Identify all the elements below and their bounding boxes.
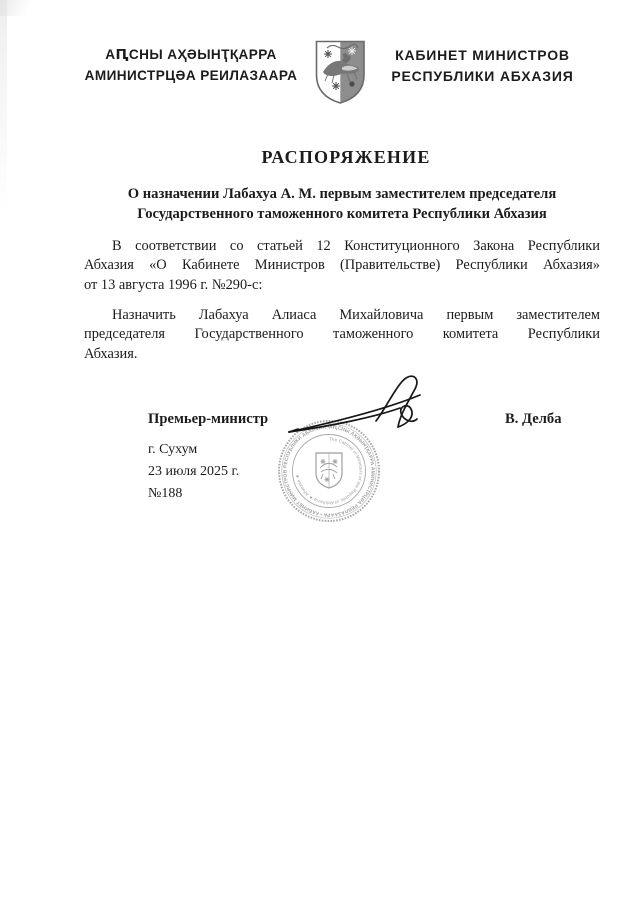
star-icon (332, 82, 340, 90)
signer-position: Премьер-министр (148, 411, 268, 428)
issue-city: г. Сухум (148, 442, 197, 458)
star-icon (324, 50, 332, 58)
authority-name-abkhaz-line2: АМИНИСТРЦӘА РЕИЛАЗААРА (80, 66, 302, 87)
paragraph-line: В соответствии со статьей 12 Конституцио… (84, 237, 600, 256)
paragraph-line: Назначить Лабахуа Алиаса Михайловича пер… (84, 306, 600, 325)
issue-date: 23 июля 2025 г. (148, 464, 239, 480)
paragraph-line: от 13 августа 1996 г. №290-с: (84, 276, 600, 295)
authority-name-russian-line2: РЕСПУБЛИКИ АБХАЗИЯ (385, 66, 580, 87)
document-number: №188 (148, 486, 182, 502)
star-icon (348, 47, 356, 55)
authority-name-abkhaz-line1: АԤСНЫ АҲӘЫНҬҚАРРА (80, 45, 302, 66)
authority-name-abkhaz: АԤСНЫ АҲӘЫНҬҚАРРА АМИНИСТРЦӘА РЕИЛАЗААРА (80, 45, 302, 86)
document-subject: О назначении Лабахуа А. М. первым замест… (84, 184, 600, 224)
seal-shield-emblem (316, 453, 342, 488)
scan-artifact-edge (0, 0, 7, 250)
paragraph-legal-basis: В соответствии со статьей 12 Конституцио… (84, 237, 600, 295)
paragraph-appointment: Назначить Лабахуа Алиаса Михайловича пер… (84, 306, 600, 364)
paragraph-line: Абхазия. (84, 345, 600, 364)
authority-name-russian-line1: КАБИНЕТ МИНИСТРОВ (385, 45, 580, 66)
subject-line2: Государственного таможенного комитета Ре… (84, 204, 600, 224)
paragraph-line: председателя Государственного таможенног… (84, 325, 600, 344)
coat-of-arms-icon (314, 39, 367, 107)
document-page: АԤСНЫ АҲӘЫНҬҚАРРА АМИНИСТРЦӘА РЕИЛАЗААРА (0, 0, 640, 905)
handwritten-signature (279, 374, 437, 438)
authority-name-russian: КАБИНЕТ МИНИСТРОВ РЕСПУБЛИКИ АБХАЗИЯ (385, 45, 580, 86)
document-title: РАСПОРЯЖЕНИЕ (84, 147, 600, 168)
subject-line1: О назначении Лабахуа А. М. первым замест… (84, 184, 600, 204)
signer-name: В. Делба (505, 411, 562, 428)
paragraph-line: Абхазия «О Кабинете Министров (Правитель… (84, 256, 600, 275)
